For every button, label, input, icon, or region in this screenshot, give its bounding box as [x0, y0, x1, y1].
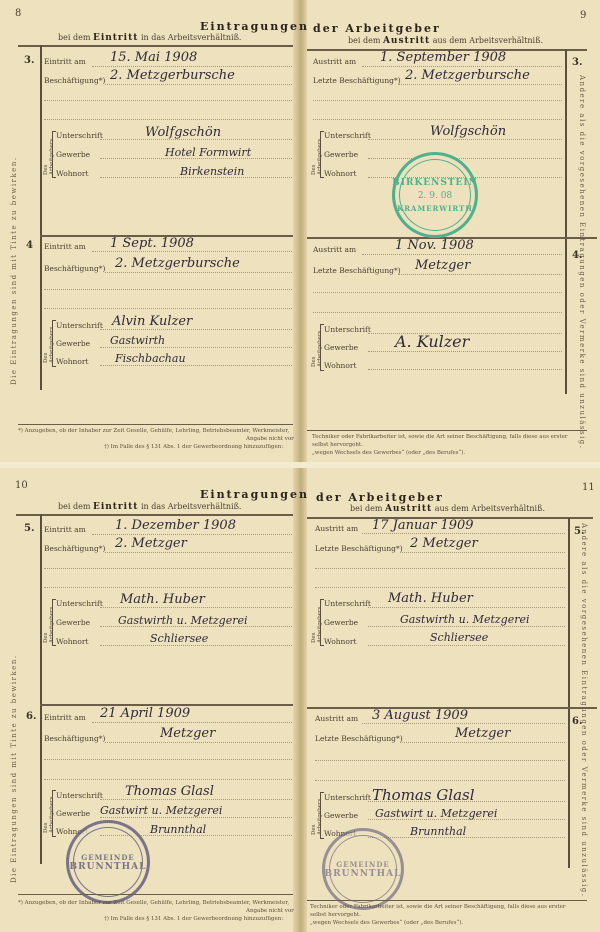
entry-number-right: 4.	[572, 250, 582, 261]
dotted-line	[368, 139, 562, 140]
beschaeftigung-value: 2. Metzgerbursche	[110, 68, 235, 83]
eintritt-wohnort: Schliersee	[150, 632, 208, 645]
label-gewerbe: Gewerbe	[56, 339, 90, 348]
label-unterschrift: Unterschrift	[324, 131, 371, 140]
beschaeftigung-value: 2. Metzgerbursche	[115, 256, 240, 271]
label-wohnort: Wohnort	[56, 169, 89, 178]
dotted-line	[44, 100, 292, 101]
entry-number: 3.	[24, 55, 34, 66]
footnote-left-1: *) Anzugeben, ob der Inhaber zur Zeit Ge…	[18, 428, 289, 434]
stamp-top-text: BIRKENSTEIN	[392, 178, 478, 188]
dotted-line	[44, 289, 292, 290]
header-title-right: der Arbeitgeber	[316, 491, 444, 504]
austritt-date: 1. September 1908	[380, 50, 506, 65]
dotted-line	[92, 66, 292, 67]
footnote-left-1: *) Anzugeben, ob der Inhaber zur Zeit Ge…	[18, 900, 289, 906]
austritt-gewerbe: Gastwirt u. Metzgerei	[375, 807, 497, 820]
footnote-right-1: Techniker oder Fabrikarbeiter ist, sowie…	[310, 904, 565, 910]
dotted-line	[44, 779, 292, 780]
dotted-line	[362, 66, 562, 67]
footnote-rule-right	[307, 430, 587, 431]
dotted-line	[368, 626, 565, 627]
footnote-left-3: †) Im Falle des § 131 Abs. 1 der Gewerbe…	[104, 916, 283, 922]
label-wohnort: Wohnort	[324, 637, 357, 646]
austritt-unterschrift: Math. Huber	[388, 591, 473, 606]
austritt-gewerbe: Gastwirth u. Metzgerei	[400, 613, 530, 626]
label-austritt: Austritt am	[313, 245, 356, 254]
stamp-birkenstein: BIRKENSTEIN 2. 9. 08 KRAMERWIRTH	[392, 152, 478, 238]
eintritt-unterschrift: Math. Huber	[120, 592, 205, 607]
label-gewerbe: Gewerbe	[56, 618, 90, 627]
dotted-line	[105, 742, 292, 743]
label-unterschrift: Unterschrift	[324, 793, 371, 802]
eintritt-unterschrift: Thomas Glasl	[125, 784, 214, 799]
dotted-line	[105, 272, 292, 273]
footnote-left-2: Angabe nicht vor	[246, 908, 294, 914]
eintritt-date: 1 Sept. 1908	[110, 236, 194, 251]
eintritt-wohnort: Fischbachau	[115, 352, 186, 365]
label-eintritt: Eintritt am	[44, 242, 86, 251]
header-rule-left	[18, 45, 293, 47]
footnote-rule-left	[18, 424, 293, 425]
dotted-line	[313, 119, 562, 120]
eintritt-date: 21 April 1909	[100, 706, 190, 721]
subheader-left: bei dem Eintritt in das Arbeitsverhältni…	[58, 502, 241, 512]
dotted-line	[44, 568, 292, 569]
label-gewerbe: Gewerbe	[56, 150, 90, 159]
label-wohnort: Wohnort	[324, 169, 357, 178]
dotted-line	[105, 552, 292, 553]
book-gutter	[293, 468, 307, 932]
label-gewerbe: Gewerbe	[324, 343, 358, 352]
entry-number-right: 3.	[572, 57, 582, 68]
footnote-right-2: selbst hervorgeht.	[310, 912, 361, 918]
label-beschaeftigung: Beschäftigung*)	[44, 544, 105, 553]
footnote-rule-left	[18, 894, 293, 895]
page-number-right: 9	[580, 10, 586, 21]
margin-note-left: Die Eintragungen sind mit Tinte zu bewir…	[10, 593, 18, 883]
frame-line-right	[565, 49, 567, 394]
label-beschaeftigung: Beschäftigung*)	[44, 264, 105, 273]
dotted-line	[100, 365, 292, 366]
stamp-gemeinde-brunnthal: GEMEINDE BRUNNTHAL	[322, 828, 404, 910]
stamp-place-text: BRUNNTHAL	[70, 862, 147, 872]
dotted-line	[362, 254, 562, 255]
margin-note-right: Andere als die vorgesehenen Eintragungen…	[580, 523, 588, 863]
beschaeftigung-value: Metzger	[160, 726, 215, 741]
label-gewerbe: Gewerbe	[324, 618, 358, 627]
dotted-line	[92, 722, 292, 723]
dotted-line	[44, 587, 292, 588]
austritt-wohnort: Brunnthal	[410, 825, 466, 838]
dotted-line	[315, 780, 565, 781]
austritt-wohnort: Schliersee	[430, 631, 488, 644]
label-eintritt: Eintritt am	[44, 713, 86, 722]
austritt-unterschrift: Wolfgschön	[430, 124, 506, 139]
dotted-line	[400, 552, 565, 553]
page-number-right: 11	[582, 482, 595, 493]
label-wohnort: Wohnort	[324, 361, 357, 370]
dotted-line	[362, 723, 565, 724]
eintritt-unterschrift: Alvin Kulzer	[112, 314, 192, 329]
dotted-line	[400, 742, 565, 743]
dotted-line	[398, 274, 562, 275]
dotted-line	[368, 837, 565, 838]
stamp-top-text: GEMEINDE	[81, 853, 134, 862]
dotted-line	[368, 351, 562, 352]
dotted-line	[313, 100, 562, 101]
stamp-place-text: BRUNNTHAL	[325, 869, 402, 879]
dotted-line	[368, 607, 565, 608]
frame-line-left	[40, 514, 42, 864]
eintritt-gewerbe: Gastwirt u. Metzgerei	[100, 804, 222, 817]
eintritt-date: 15. Mai 1908	[110, 50, 197, 65]
dotted-line	[100, 645, 292, 646]
eintritt-gewerbe: Hotel Formwirt	[165, 146, 251, 159]
footnote-left-3: †) Im Falle des § 131 Abs. 1 der Gewerbe…	[104, 444, 283, 450]
label-austritt: Austritt am	[313, 57, 356, 66]
book-gutter	[293, 0, 307, 462]
entry-number-right: 6.	[572, 716, 582, 727]
dotted-line	[44, 759, 292, 760]
dotted-line	[92, 251, 292, 252]
stamp-top-text: GEMEINDE	[336, 860, 389, 869]
margin-note-right: Andere als die vorgesehenen Eintragungen…	[578, 75, 586, 395]
frame-line-left	[40, 45, 42, 390]
header-title-left: Eintragungen	[200, 488, 309, 501]
label-letzte-beschaeftigung: Letzte Beschäftigung*)	[315, 734, 403, 743]
dotted-line	[100, 607, 292, 608]
subheader-left: bei dem Eintritt in das Arbeitsverhältni…	[58, 33, 241, 43]
letzte-beschaeftigung-value: 2 Metzger	[410, 536, 478, 551]
label-letzte-beschaeftigung: Letzte Beschäftigung*)	[315, 544, 403, 553]
label-gewerbe: Gewerbe	[56, 809, 90, 818]
austritt-date: 3 August 1909	[372, 708, 468, 723]
austritt-unterschrift: A. Kulzer	[395, 332, 469, 351]
entry-number-right: 5.	[574, 526, 584, 537]
dotted-line	[368, 158, 562, 159]
letzte-beschaeftigung-value: 2. Metzgerbursche	[405, 68, 530, 83]
label-beschaeftigung: Beschäftigung*)	[44, 76, 105, 85]
header-rule-left	[16, 514, 293, 516]
label-beschaeftigung: Beschäftigung*)	[44, 734, 105, 743]
eintritt-date: 1. Dezember 1908	[115, 518, 236, 533]
label-unterschrift: Unterschrift	[56, 599, 103, 608]
eintritt-wohnort: Brunnthal	[150, 823, 206, 836]
label-wohnort: Wohnort	[56, 637, 89, 646]
footnote-right-1: Techniker oder Fabrikarbeiter ist, sowie…	[312, 434, 567, 440]
stamp-bottom-text: KRAMERWIRTH	[397, 204, 473, 213]
header-title-left: Eintragungen	[200, 20, 309, 33]
footnote-right-3: „wegen Wechsels des Gewerbes“ (oder „des…	[310, 920, 463, 926]
label-eintritt: Eintritt am	[44, 57, 86, 66]
footnote-right-3: „wegen Wechsels des Gewerbes“ (oder „des…	[312, 450, 465, 456]
footnote-right-2: selbst hervorgeht.	[312, 442, 363, 448]
label-unterschrift: Unterschrift	[56, 321, 103, 330]
dotted-line	[313, 312, 562, 313]
footnote-left-2: Angabe nicht vor	[246, 436, 294, 442]
dotted-line	[105, 84, 292, 85]
spread-pages-10-11: 10 11 Eintragungen der Arbeitgeber bei d…	[0, 468, 600, 932]
label-unterschrift: Unterschrift	[324, 325, 371, 334]
entry-number: 5.	[24, 523, 34, 534]
header-title-right: der Arbeitgeber	[313, 22, 441, 35]
dotted-line	[92, 534, 292, 535]
label-unterschrift: Unterschrift	[324, 599, 371, 608]
label-unterschrift: Unterschrift	[56, 131, 103, 140]
page-number-left: 8	[15, 8, 21, 19]
dotted-line	[315, 760, 565, 761]
letzte-beschaeftigung-value: Metzger	[415, 258, 470, 273]
subheader-right: bei dem Austritt aus dem Arbeitsverhältn…	[348, 36, 543, 46]
beschaeftigung-value: 2. Metzger	[115, 536, 187, 551]
dotted-line	[315, 587, 565, 588]
label-austritt: Austritt am	[315, 714, 358, 723]
austritt-date: 17 Januar 1909	[372, 518, 474, 533]
label-gewerbe: Gewerbe	[324, 811, 358, 820]
letzte-beschaeftigung-value: Metzger	[455, 726, 510, 741]
dotted-line	[100, 329, 292, 330]
label-letzte-beschaeftigung: Letzte Beschäftigung*)	[313, 76, 401, 85]
dotted-line	[368, 369, 562, 370]
frame-line-right	[568, 518, 570, 868]
entry-number: 4	[26, 240, 33, 251]
eintritt-gewerbe: Gastwirth	[110, 334, 165, 347]
dotted-line	[44, 119, 292, 120]
dotted-line	[100, 347, 292, 348]
stamp-date: 2. 9. 08	[418, 191, 452, 201]
spread-pages-8-9: 8 9 Eintragungen der Arbeitgeber bei dem…	[0, 0, 600, 462]
label-austritt: Austritt am	[315, 524, 358, 533]
entry-number: 6.	[26, 711, 36, 722]
dotted-line	[362, 533, 565, 534]
subheader-right: bei dem Austritt aus dem Arbeitsverhältn…	[350, 504, 545, 514]
dotted-line	[313, 292, 562, 293]
dotted-line	[44, 308, 292, 309]
label-letzte-beschaeftigung: Letzte Beschäftigung*)	[313, 266, 401, 275]
footnote-rule-right	[307, 900, 587, 901]
dotted-line	[398, 84, 562, 85]
eintritt-gewerbe: Gastwirth u. Metzgerei	[118, 614, 248, 627]
label-gewerbe: Gewerbe	[324, 150, 358, 159]
dotted-line	[100, 799, 292, 800]
label-eintritt: Eintritt am	[44, 525, 86, 534]
page-number-left: 10	[15, 480, 28, 491]
dotted-line	[315, 568, 565, 569]
eintritt-unterschrift: Wolfgschön	[145, 125, 221, 140]
label-unterschrift: Unterschrift	[56, 791, 103, 800]
stamp-gemeinde-brunnthal: GEMEINDE BRUNNTHAL	[66, 820, 150, 904]
austritt-unterschrift: Thomas Glasl	[372, 786, 475, 804]
label-wohnort: Wohnort	[56, 357, 89, 366]
dotted-line	[100, 817, 292, 818]
dotted-line	[368, 645, 565, 646]
austritt-date: 1 Nov. 1908	[395, 238, 474, 253]
eintritt-wohnort: Birkenstein	[180, 165, 244, 178]
margin-note-left: Die Eintragungen sind mit Tinte zu bewir…	[10, 135, 18, 385]
